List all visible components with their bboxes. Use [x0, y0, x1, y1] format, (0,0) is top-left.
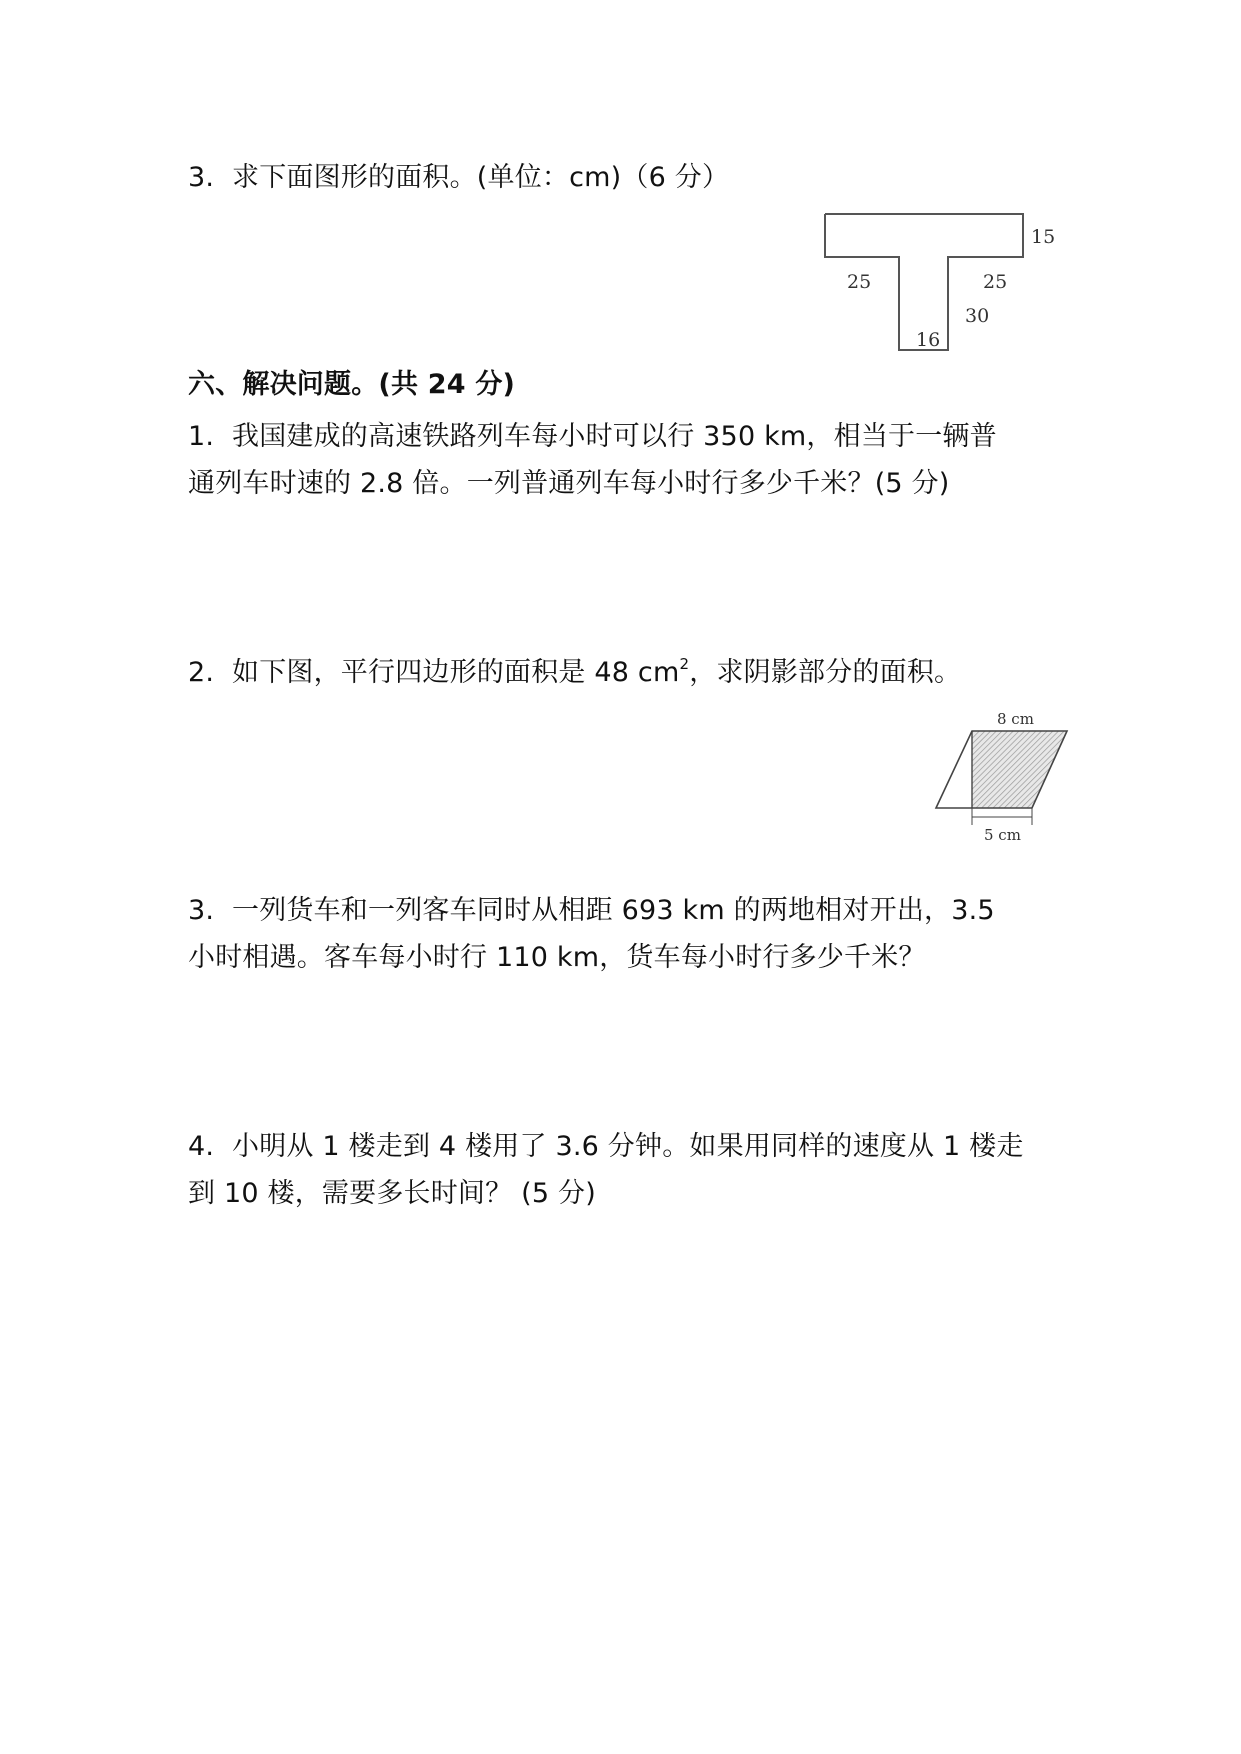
question-text: 我国建成的高速铁路列车每小时可以行 350 km，相当于一辆普 — [232, 421, 997, 452]
question-number: 4. — [188, 1130, 232, 1164]
question-text-rest: ，求阴影部分的面积。 — [689, 657, 961, 688]
question-number: 1. — [188, 420, 232, 454]
section-6-heading: 六、解决问题。(共 24 分) — [188, 368, 515, 402]
question-text: 如下图，平行四边形的面积是 48 cm — [232, 657, 679, 688]
question-number: 3. — [188, 161, 232, 195]
parallelogram-figure: 8 cm 5 cm — [925, 700, 1075, 850]
label-top-height: 15 — [1031, 226, 1055, 248]
t-shape-figure: 15 25 25 30 16 — [815, 205, 1075, 360]
question-text: 求下面图形的面积。(单位：cm)（6 分） — [232, 162, 729, 193]
label-top-side: 8 cm — [997, 710, 1034, 728]
question-text: 小明从 1 楼走到 4 楼用了 3.6 分钟。如果用同样的速度从 1 楼走 — [232, 1131, 1024, 1162]
question-text: 一列货车和一列客车同时从相距 693 km 的两地相对开出，3.5 — [232, 895, 995, 926]
question-6-4-line-1: 4.小明从 1 楼走到 4 楼用了 3.6 分钟。如果用同样的速度从 1 楼走 — [188, 1130, 1024, 1164]
question-6-4-line-2: 到 10 楼，需要多长时间？ (5 分) — [188, 1177, 596, 1211]
label-right-overhang: 25 — [983, 271, 1007, 293]
question-6-1-line-2: 通列车时速的 2.8 倍。一列普通列车每小时行多少千米？(5 分) — [188, 467, 950, 501]
label-left-overhang: 25 — [847, 271, 871, 293]
superscript: 2 — [679, 655, 689, 673]
question-5-3: 3.求下面图形的面积。(单位：cm)（6 分） — [188, 161, 729, 195]
question-number: 3. — [188, 894, 232, 928]
question-6-2: 2.如下图，平行四边形的面积是 48 cm2，求阴影部分的面积。 — [188, 656, 961, 690]
question-6-1-line-1: 1.我国建成的高速铁路列车每小时可以行 350 km，相当于一辆普 — [188, 420, 997, 454]
question-6-3-line-2: 小时相遇。客车每小时行 110 km，货车每小时行多少千米？ — [188, 941, 926, 975]
label-stem-width: 16 — [916, 329, 940, 351]
question-number: 2. — [188, 656, 232, 690]
label-stem-height: 30 — [965, 305, 989, 327]
question-6-3-line-1: 3.一列货车和一列客车同时从相距 693 km 的两地相对开出，3.5 — [188, 894, 995, 928]
label-base-segment: 5 cm — [984, 826, 1021, 844]
